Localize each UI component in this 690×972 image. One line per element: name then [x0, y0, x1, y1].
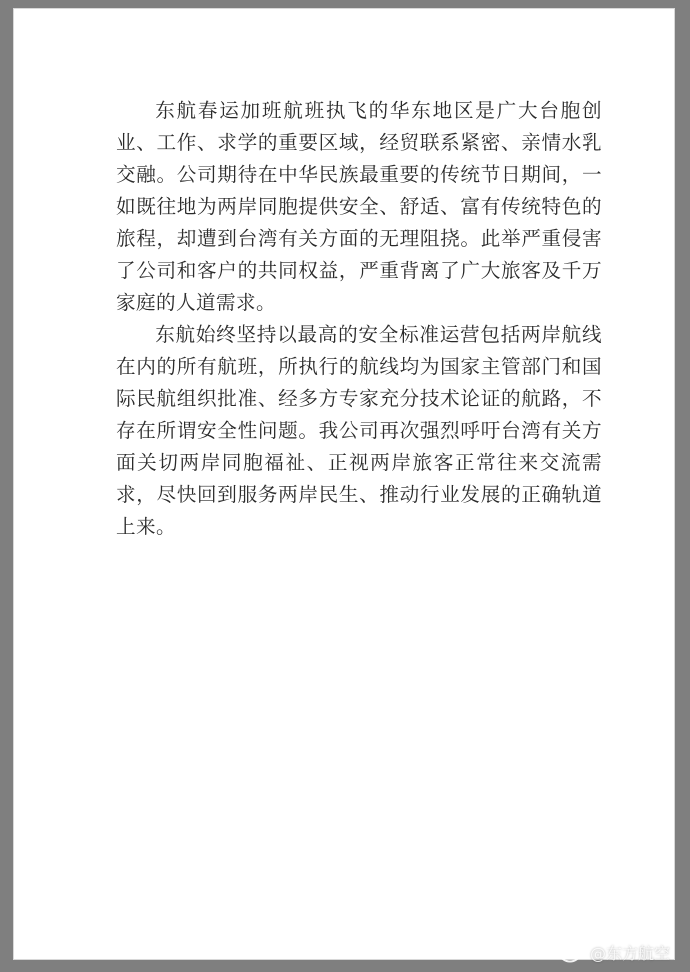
paragraph-2: 东航始终坚持以最高的安全标准运营包括两岸航线在内的所有航班，所执行的航线均为国家…: [116, 319, 602, 543]
paragraph-1: 东航春运加班航班执飞的华东地区是广大台胞创业、工作、求学的重要区域，经贸联系紧密…: [116, 95, 602, 319]
weibo-icon: [560, 941, 586, 963]
document-page: 东航春运加班航班执飞的华东地区是广大台胞创业、工作、求学的重要区域，经贸联系紧密…: [14, 9, 674, 959]
weibo-watermark: @东方航空: [560, 940, 670, 964]
watermark-handle: @东方航空: [590, 941, 670, 964]
